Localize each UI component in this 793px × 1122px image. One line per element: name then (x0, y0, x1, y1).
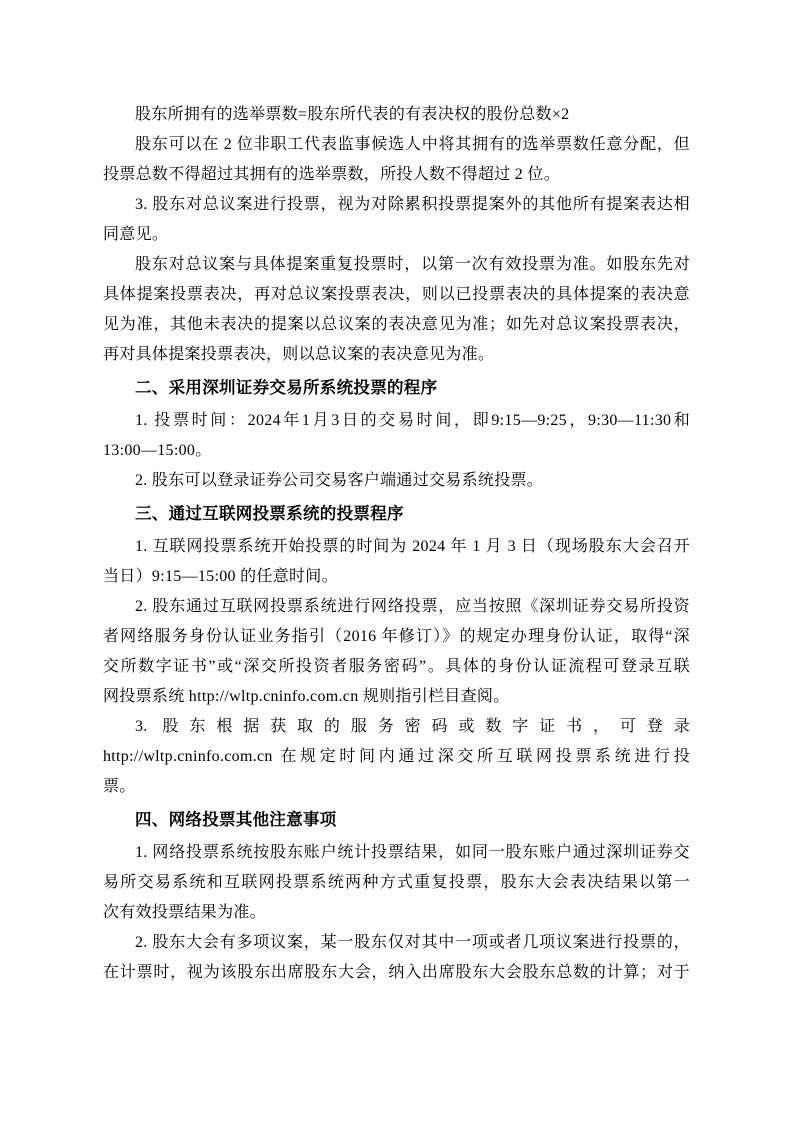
text-line: 1. 投票时间：2024年1月3日的交易时间，即9:15—9:25，9:30—1… (103, 406, 690, 436)
text-line: 票。 (103, 772, 690, 802)
section-heading: 二、采用深圳证券交易所系统投票的程序 (103, 373, 690, 403)
text-line: 13:00—15:00。 (103, 436, 690, 466)
text-line: 见为准，其他未表决的提案以总议案的表决意见为准；如先对总议案投票表决， (103, 310, 690, 340)
text-line: 交所数字证书”或“深交所投资者服务密码”。具体的身份认证流程可登录互联 (103, 652, 690, 682)
text-line: 2. 股东通过互联网投票系统进行网络投票，应当按照《深圳证券交易所投资 (103, 592, 690, 622)
text-line: 再对具体提案投票表决，则以总议案的表决意见为准。 (103, 340, 690, 370)
text-line: 具体提案投票表决，再对总议案投票表决，则以已投票表决的具体提案的表决意 (103, 280, 690, 310)
text-line: 当日）9:15—15:00 的任意时间。 (103, 562, 690, 592)
text-line: 2. 股东大会有多项议案，某一股东仅对其中一项或者几项议案进行投票的， (103, 928, 690, 958)
text-line: 同意见。 (103, 220, 690, 250)
text-line: 股东所拥有的选举票数=股东所代表的有表决权的股份总数×2 (103, 100, 690, 130)
text-line: 1. 网络投票系统按股东账户统计投票结果，如同一股东账户通过深圳证券交 (103, 838, 690, 868)
text-line: 次有效投票结果为准。 (103, 898, 690, 928)
text-line: 者网络服务身份认证业务指引（2016 年修订）》的规定办理身份认证，取得“深 (103, 622, 690, 652)
text-line: 网投票系统 http://wltp.cninfo.com.cn 规则指引栏目查阅… (103, 682, 690, 712)
text-line: 投票总数不得超过其拥有的选举票数，所投人数不得超过 2 位。 (103, 160, 690, 190)
text-line: 3. 股东对总议案进行投票，视为对除累积投票提案外的其他所有提案表达相 (103, 190, 690, 220)
text-line: http://wltp.cninfo.com.cn 在规定时间内通过深交所互联网… (103, 742, 690, 772)
section-heading: 三、通过互联网投票系统的投票程序 (103, 499, 690, 529)
text-line: 1. 互联网投票系统开始投票的时间为 2024 年 1 月 3 日（现场股东大会… (103, 532, 690, 562)
text-line: 股东可以在 2 位非职工代表监事候选人中将其拥有的选举票数任意分配，但 (103, 130, 690, 160)
text-line: 股东对总议案与具体提案重复投票时，以第一次有效投票为准。如股东先对 (103, 250, 690, 280)
section-heading: 四、网络投票其他注意事项 (103, 805, 690, 835)
text-line: 3. 股东根据获取的服务密码或数字证书，可登录 (103, 712, 690, 742)
text-line: 在计票时，视为该股东出席股东大会，纳入出席股东大会股东总数的计算；对于 (103, 958, 690, 988)
text-line: 易所交易系统和互联网投票系统两种方式重复投票，股东大会表决结果以第一 (103, 868, 690, 898)
text-line: 2. 股东可以登录证券公司交易客户端通过交易系统投票。 (103, 466, 690, 496)
document-page: 股东所拥有的选举票数=股东所代表的有表决权的股份总数×2股东可以在 2 位非职工… (0, 0, 793, 1122)
document-lines: 股东所拥有的选举票数=股东所代表的有表决权的股份总数×2股东可以在 2 位非职工… (103, 100, 690, 988)
